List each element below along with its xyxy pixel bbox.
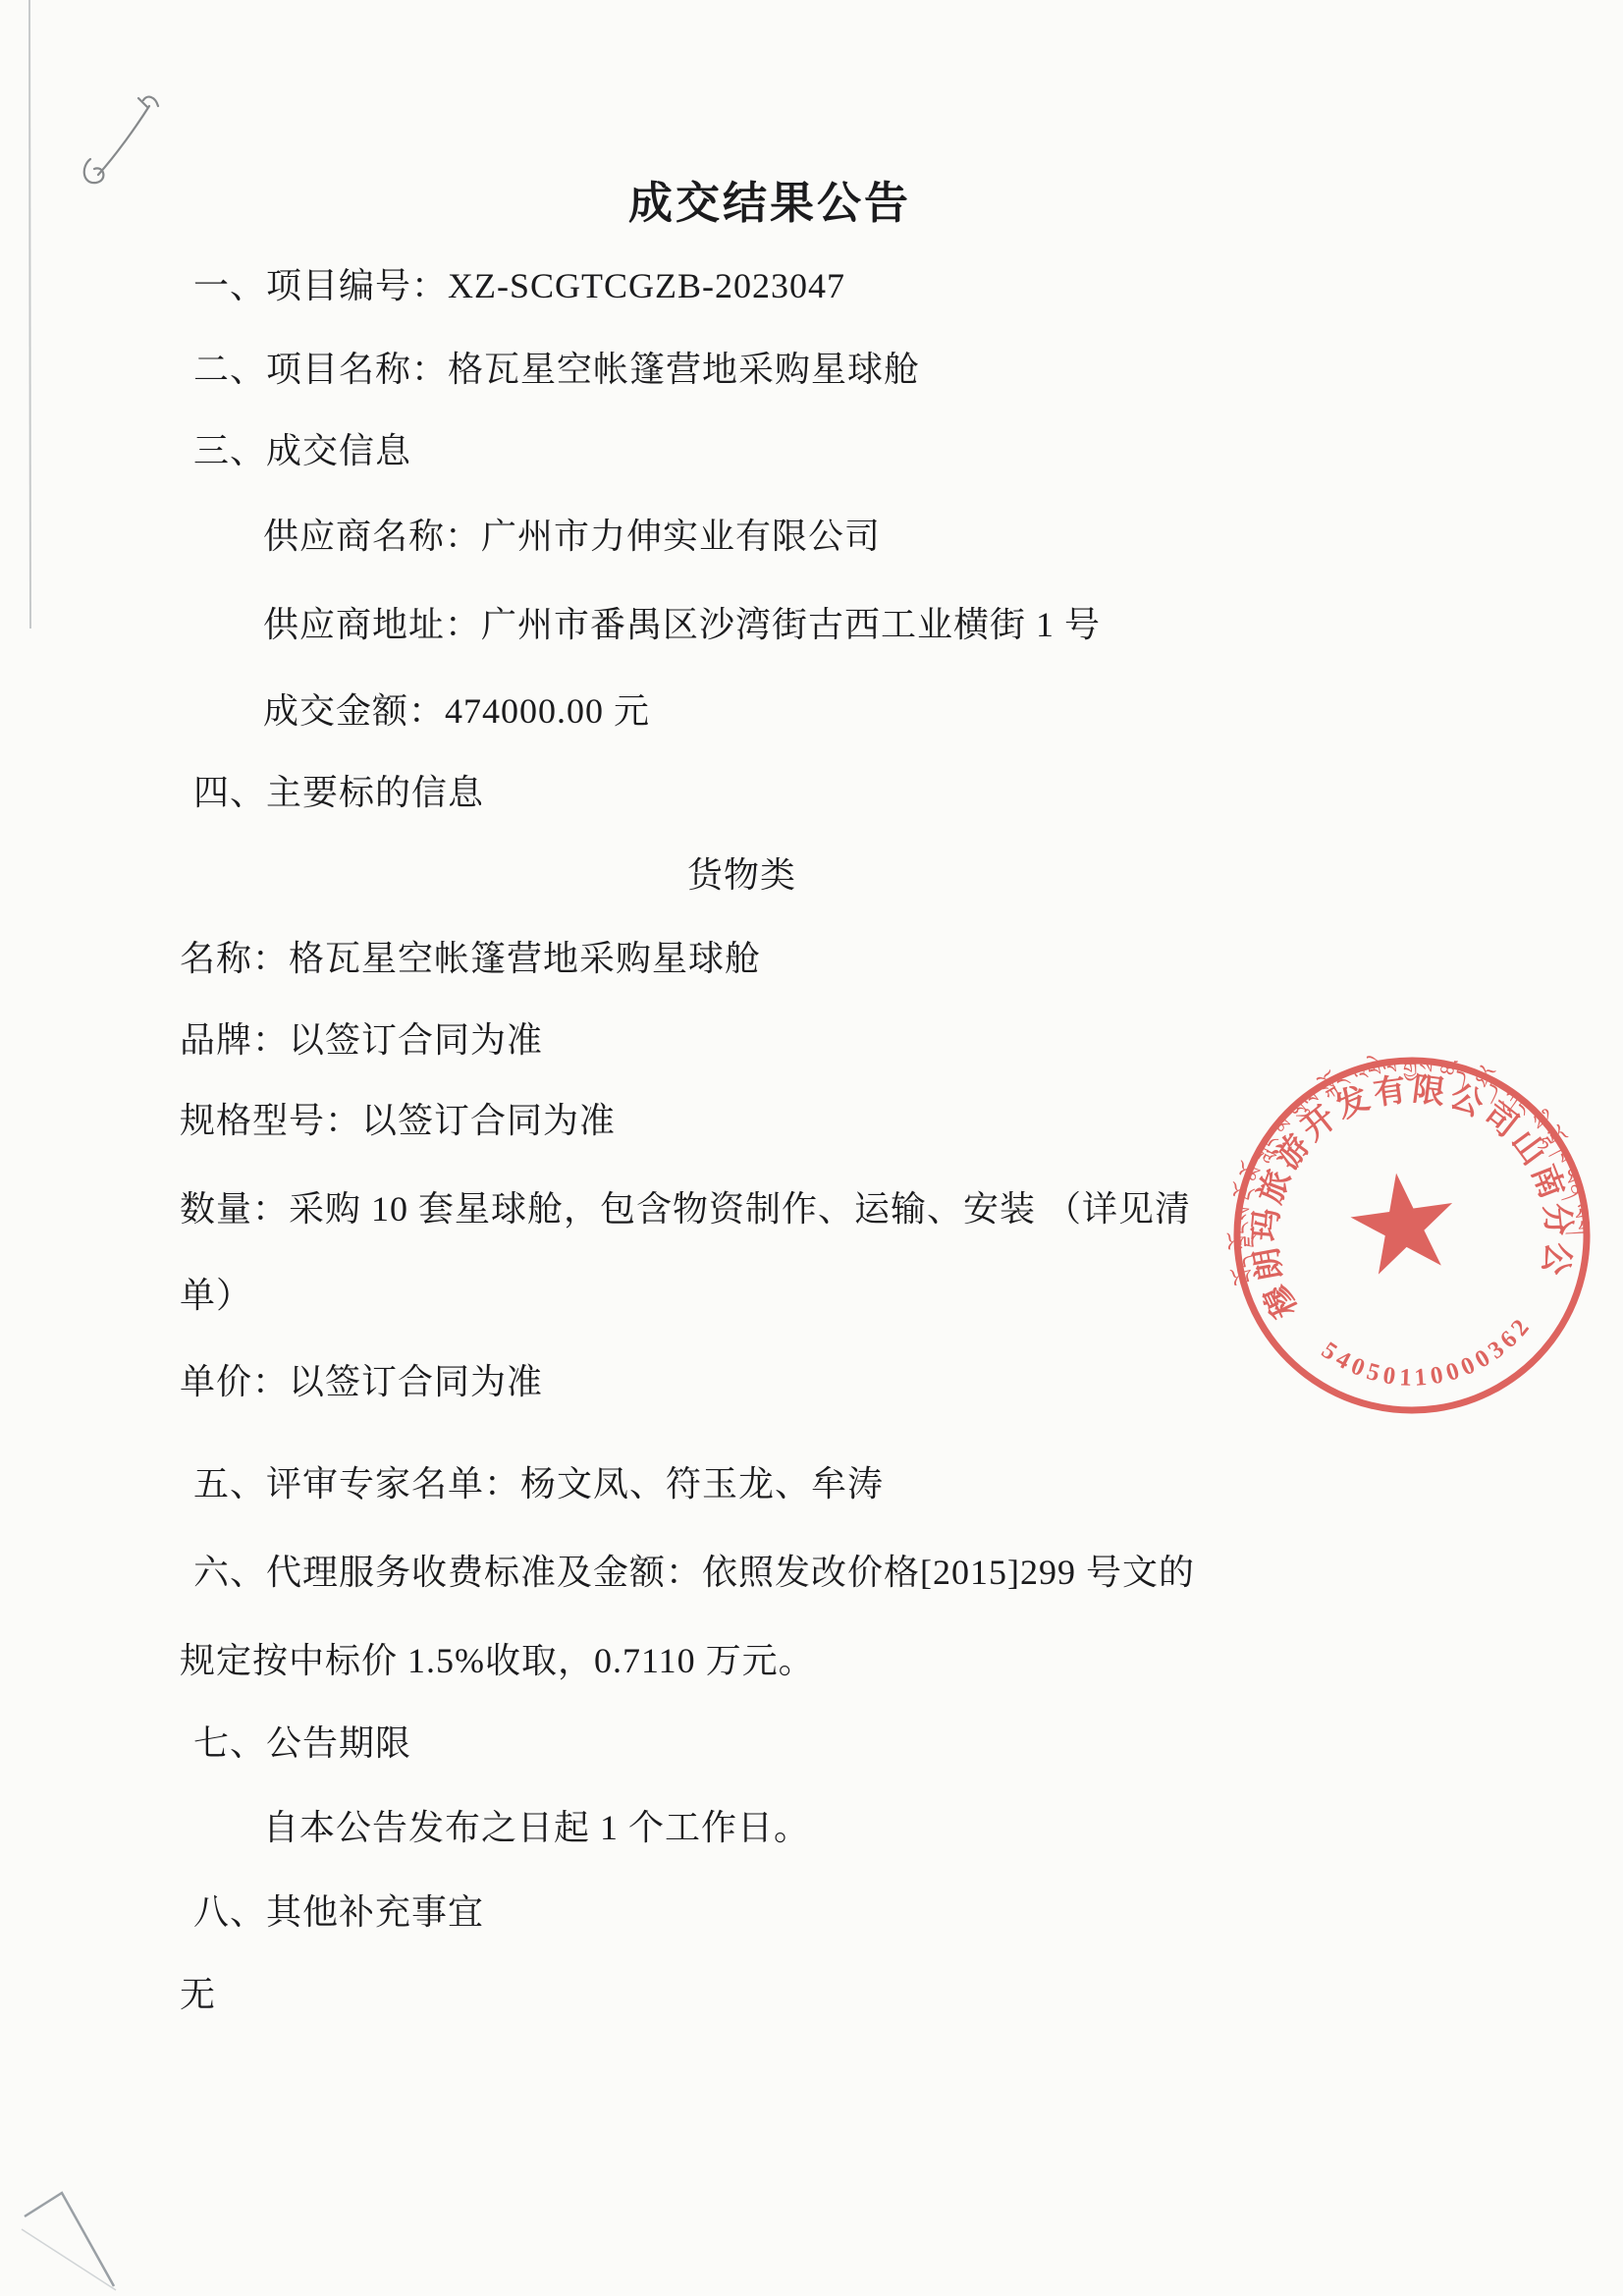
text-line: 供应商名称：广州市力伸实业有限公司 <box>263 516 881 558</box>
pen-mark <box>84 97 158 184</box>
text-line: 三、成交信息 <box>193 430 411 472</box>
stamp-registration-number: 54050110000362 <box>1314 1308 1543 1405</box>
text-line: 成交金额：474000.00 元 <box>263 690 650 733</box>
scanned-document-page: 成交结果公告 一、项目编号：XZ-SCGTCGZB-2023047二、项目名称：… <box>0 0 1623 2296</box>
text-line: 单价：以签订合同为准 <box>180 1361 543 1403</box>
text-line: 品牌：以签订合同为准 <box>180 1019 543 1062</box>
text-line: 规定按中标价 1.5%收取，0.7110 万元。 <box>180 1640 815 1682</box>
text-line: 二、项目名称：格瓦星空帐篷营地采购星球舱 <box>193 349 920 391</box>
text-line: 名称：格瓦星空帐篷营地采购星球舱 <box>180 938 761 980</box>
document-title: 成交结果公告 <box>628 167 911 231</box>
text-line: 八、其他补充事宜 <box>193 1891 484 1934</box>
text-line: 货物类 <box>687 854 796 897</box>
text-line: 数量：采购 10 套星球舱，包含物资制作、运输、安装 （详见清 <box>180 1188 1191 1230</box>
company-stamp: བོད་ལྗོངས་ཇོ་མོ་གླང་མ་ཡུལ་སྐོར་འཕེལ་རྒྱས… <box>1198 1014 1623 1456</box>
text-line: 五、评审专家名单：杨文凤、符玉龙、牟涛 <box>193 1463 884 1505</box>
text-line: 一、项目编号：XZ-SCGTCGZB-2023047 <box>193 265 845 307</box>
text-line: 供应商地址：广州市番禺区沙湾街古西工业横街 1 号 <box>263 604 1101 646</box>
scan-edge-line <box>29 0 30 629</box>
fold-mark-shadow <box>22 2229 116 2290</box>
text-line: 无 <box>180 1974 216 2016</box>
text-line: 七、公告期限 <box>193 1722 411 1765</box>
text-line: 单） <box>180 1275 252 1317</box>
text-line: 六、代理服务收费标准及金额：依照发改价格[2015]299 号文的 <box>193 1552 1195 1594</box>
stamp-star-icon <box>1345 1166 1460 1277</box>
text-line: 四、主要标的信息 <box>193 772 484 814</box>
text-line: 规格型号：以签订合同为准 <box>180 1100 616 1142</box>
fold-mark <box>25 2193 114 2286</box>
text-line: 自本公告发布之日起 1 个工作日。 <box>263 1807 810 1849</box>
